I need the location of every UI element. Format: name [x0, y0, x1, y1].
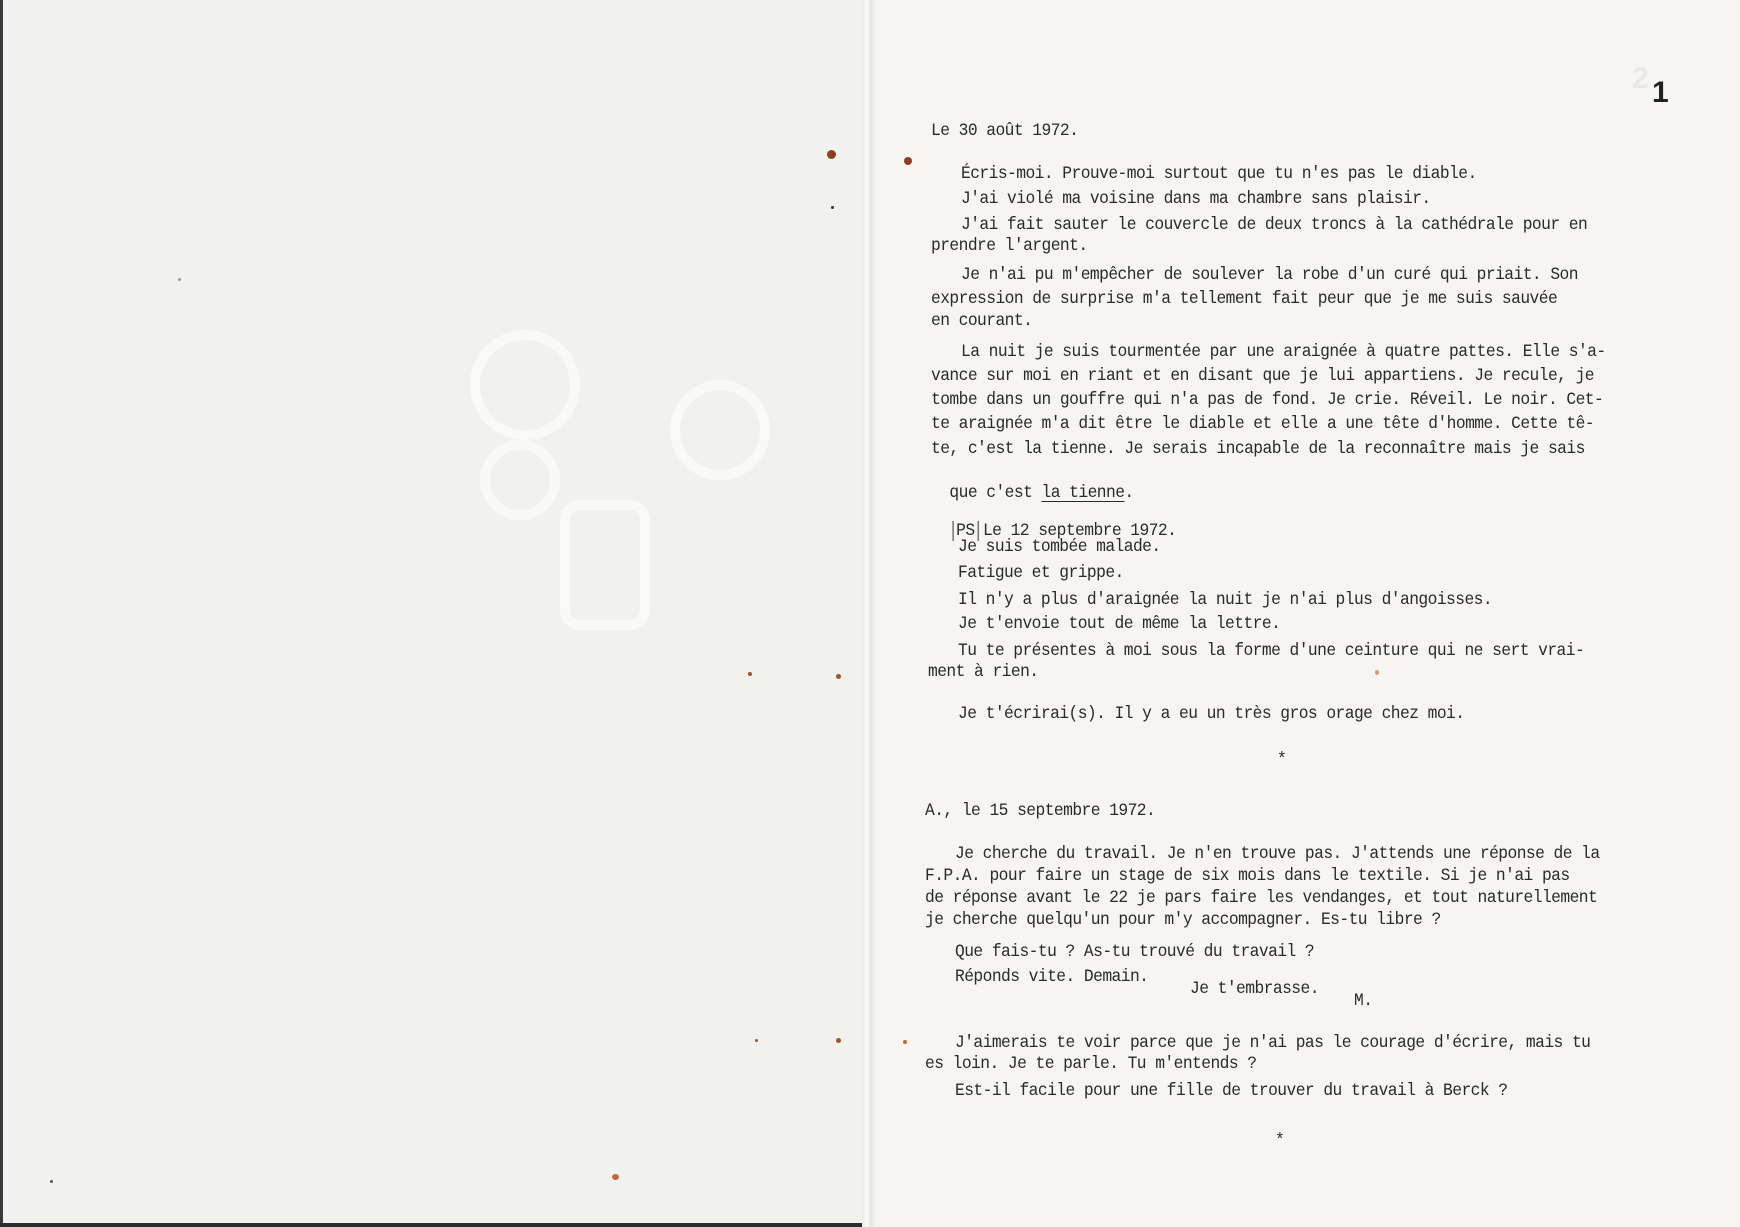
show-through-page-number: 2: [1632, 62, 1649, 96]
stain-spot: [748, 672, 752, 676]
text-line: Tu te présentes à moi sous la forme d'un…: [958, 640, 1584, 662]
speck: [831, 206, 834, 209]
text-line: Écris-moi. Prouve-moi surtout que tu n'e…: [961, 163, 1477, 185]
text-line: Je cherche du travail. Je n'en trouve pa…: [955, 843, 1600, 865]
text-line: vance sur moi en riant et en disant que …: [931, 365, 1594, 387]
text-line: je cherche quelqu'un pour m'y accompagne…: [925, 909, 1441, 931]
closing: Je t'embrasse.: [1190, 978, 1319, 1000]
text-line: prendre l'argent.: [931, 235, 1088, 257]
signature: M.: [1354, 990, 1372, 1012]
letter-date: Le 30 août 1972.: [931, 120, 1078, 142]
stain-spot: [612, 1174, 619, 1180]
text-line: expression de surprise m'a tellement fai…: [931, 288, 1557, 310]
page-number: 1: [1652, 76, 1669, 110]
speck: [178, 278, 181, 281]
text-line: Fatigue et grippe.: [958, 562, 1124, 584]
text-line: en courant.: [931, 310, 1032, 332]
text-line: J'aimerais te voir parce que je n'ai pas…: [955, 1032, 1590, 1054]
scan-edge: [0, 1223, 868, 1227]
text-line: te, c'est la tienne. Je serais incapable…: [931, 438, 1585, 460]
text-line: Je t'envoie tout de même la lettre.: [958, 613, 1280, 635]
text-line: J'ai violé ma voisine dans ma chambre sa…: [961, 188, 1431, 210]
text-line: Que fais-tu ? As-tu trouvé du travail ?: [955, 941, 1314, 963]
stain-spot: [903, 1040, 907, 1044]
watermark-ring: [470, 330, 580, 440]
stain-spot: [836, 674, 841, 679]
stain-spot: [827, 150, 836, 159]
text-line: La nuit je suis tourmentée par une araig…: [961, 341, 1606, 363]
stain-spot: [1375, 670, 1379, 675]
speck: [50, 1180, 53, 1183]
section-separator: *: [1275, 1130, 1284, 1152]
section-separator: *: [1277, 749, 1286, 771]
text-line: de réponse avant le 22 je pars faire les…: [925, 887, 1597, 909]
text-line: Est-il facile pour une fille de trouver …: [955, 1080, 1508, 1102]
text-line: Je t'écrirai(s). Il y a eu un très gros …: [958, 703, 1464, 725]
text-line: es loin. Je te parle. Tu m'entends ?: [925, 1053, 1257, 1075]
stain-spot: [755, 1039, 758, 1042]
text-line: Il n'y a plus d'araignée la nuit je n'ai…: [958, 589, 1492, 611]
book-spine: [862, 0, 876, 1227]
text-line: Je suis tombée malade.: [958, 536, 1161, 558]
text-line: te araignée m'a dit être le diable et el…: [931, 413, 1594, 435]
watermark-ring: [670, 380, 770, 480]
text-line: ment à rien.: [928, 661, 1039, 683]
letter-date: A., le 15 septembre 1972.: [925, 800, 1155, 822]
text-line: F.P.A. pour faire un stage de six mois d…: [925, 865, 1570, 887]
stain-spot: [836, 1038, 841, 1043]
text-line: Réponds vite. Demain.: [955, 966, 1148, 988]
watermark-ring: [560, 500, 650, 630]
watermark-ring: [480, 440, 560, 520]
stain-spot: [904, 157, 912, 165]
text-line: tombe dans un gouffre qui n'a pas de fon…: [931, 389, 1603, 411]
left-page: [0, 0, 868, 1227]
text-line: Je n'ai pu m'empêcher de soulever la rob…: [961, 264, 1578, 286]
text-line: J'ai fait sauter le couvercle de deux tr…: [961, 214, 1587, 236]
scan-edge: [0, 0, 3, 1227]
